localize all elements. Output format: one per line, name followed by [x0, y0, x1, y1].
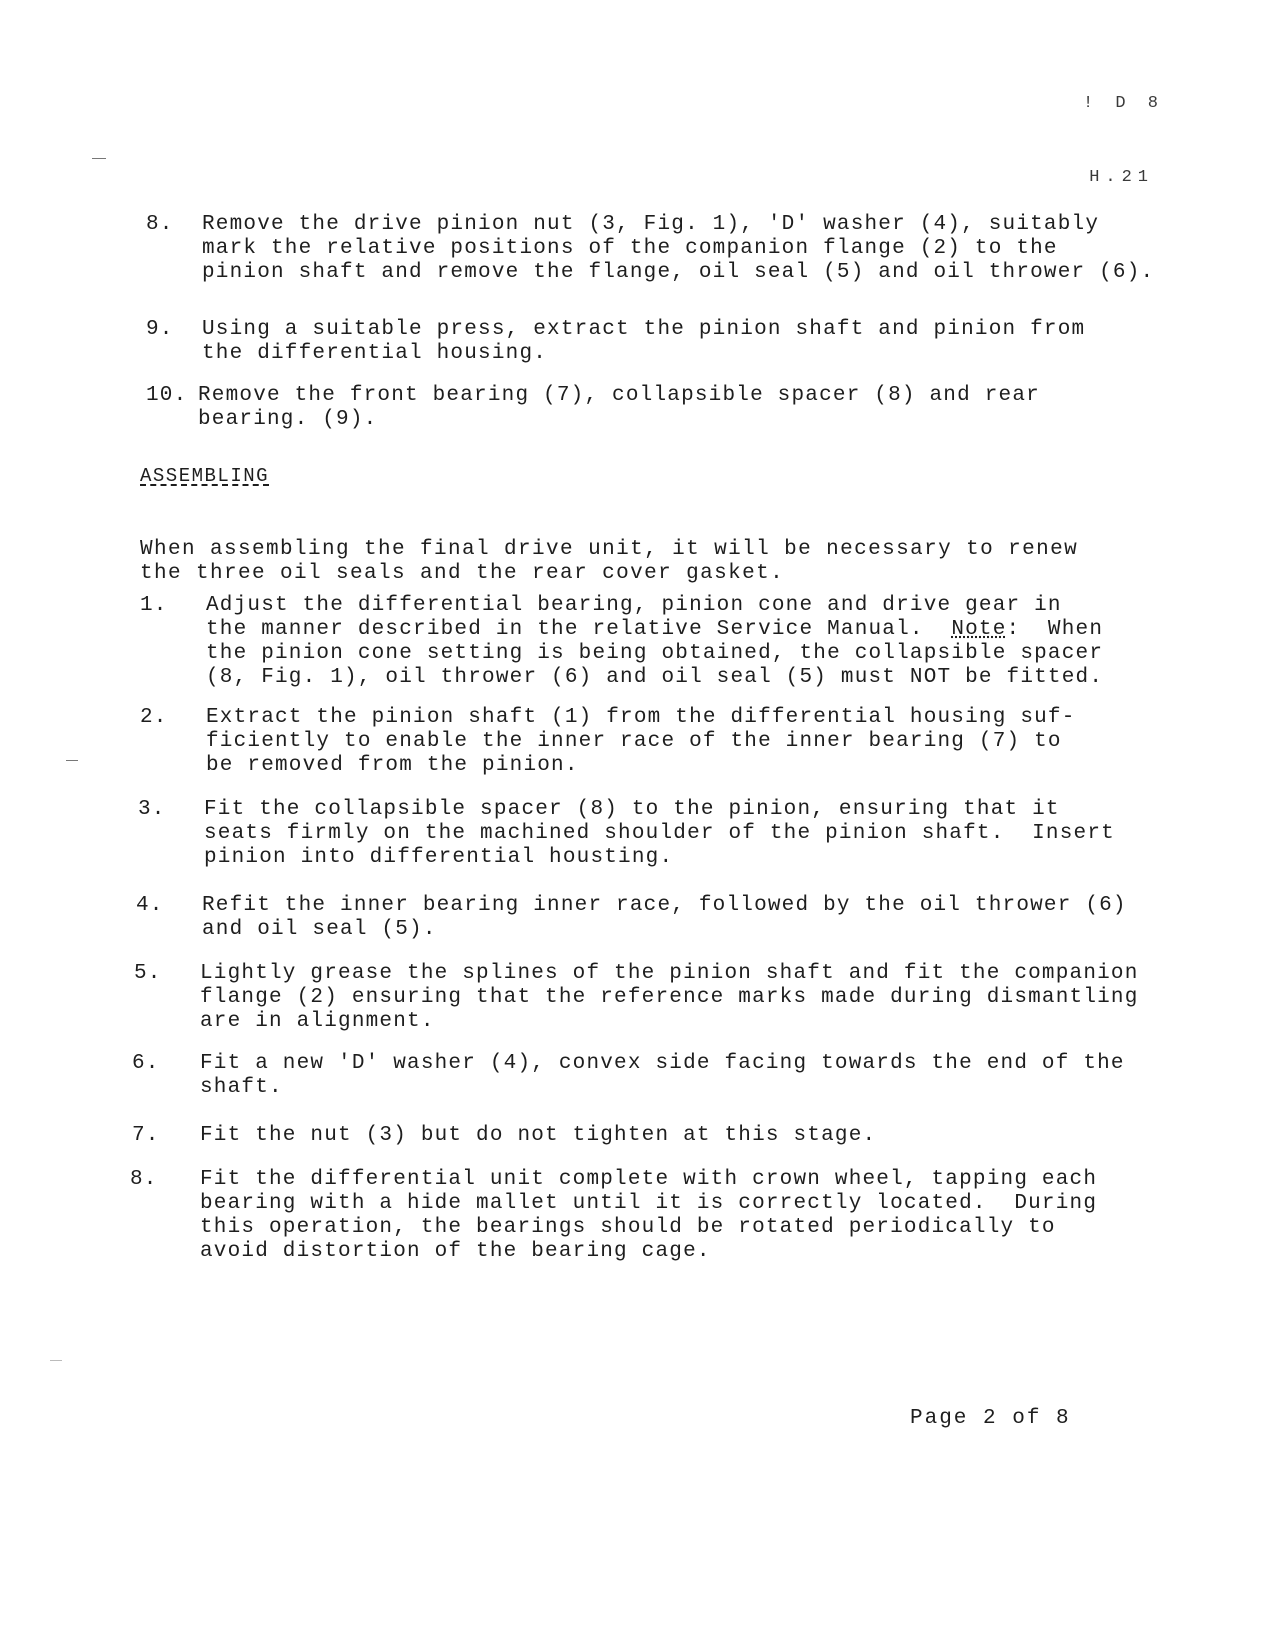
- step-line: pinion into differential housting.: [204, 846, 1115, 870]
- step-number: 5.: [134, 962, 162, 986]
- step-line: ficiently to enable the inner race of th…: [206, 730, 1076, 754]
- step-line: Remove the drive pinion nut (3, Fig. 1),…: [202, 213, 1154, 237]
- step-number: 10.: [146, 384, 187, 408]
- step-number: 8.: [146, 213, 174, 237]
- step-line: Remove the front bearing (7), collapsibl…: [198, 384, 1040, 408]
- step-line: and oil seal (5).: [202, 918, 1127, 942]
- scan-margin-mark: [50, 1360, 62, 1361]
- step-text: Fit the nut (3) but do not tighten at th…: [200, 1124, 876, 1148]
- intro-line: When assembling the final drive unit, it…: [140, 538, 1078, 562]
- header-reference: H.21: [1089, 168, 1154, 187]
- step-line: Adjust the differential bearing, pinion …: [206, 594, 1103, 618]
- step-line: seats firmly on the machined shoulder of…: [204, 822, 1115, 846]
- step-line: Fit the nut (3) but do not tighten at th…: [200, 1124, 876, 1148]
- step-line: bearing with a hide mallet until it is c…: [200, 1192, 1097, 1216]
- step-line: be removed from the pinion.: [206, 754, 1076, 778]
- section-heading-assembling: ASSEMBLING: [140, 465, 269, 487]
- step-line: Using a suitable press, extract the pini…: [202, 318, 1085, 342]
- step-number: 4.: [136, 894, 164, 918]
- step-text: Adjust the differential bearing, pinion …: [206, 594, 1103, 690]
- scan-margin-mark: [92, 158, 106, 159]
- step-text: Fit a new 'D' washer (4), convex side fa…: [200, 1052, 1125, 1100]
- step-text: Extract the pinion shaft (1) from the di…: [206, 706, 1076, 778]
- step-line: Extract the pinion shaft (1) from the di…: [206, 706, 1076, 730]
- note-continuation: : When: [1007, 618, 1104, 641]
- step-line: are in alignment.: [200, 1010, 1139, 1034]
- intro-line: the three oil seals and the rear cover g…: [140, 562, 1078, 586]
- step-line: mark the relative positions of the compa…: [202, 237, 1154, 261]
- step-line: the manner described in the relative Ser…: [206, 618, 1103, 642]
- step-number: 2.: [140, 706, 168, 730]
- step-line: Fit the collapsible spacer (8) to the pi…: [204, 798, 1115, 822]
- step-text: Fit the collapsible spacer (8) to the pi…: [204, 798, 1115, 870]
- step-line: flange (2) ensuring that the reference m…: [200, 986, 1139, 1010]
- header-code: ! D 8: [1083, 94, 1164, 113]
- step-line: this operation, the bearings should be r…: [200, 1216, 1097, 1240]
- step-line: bearing. (9).: [198, 408, 1040, 432]
- step-number: 8.: [130, 1168, 158, 1192]
- note-label: Note: [951, 618, 1006, 641]
- step-text: Remove the drive pinion nut (3, Fig. 1),…: [202, 213, 1154, 285]
- step-text: Refit the inner bearing inner race, foll…: [202, 894, 1127, 942]
- step-number: 6.: [132, 1052, 160, 1076]
- page-number: Page 2 of 8: [910, 1407, 1071, 1430]
- step-number: 1.: [140, 594, 168, 618]
- step-number: 7.: [132, 1124, 160, 1148]
- step-line: the pinion cone setting is being obtaine…: [206, 642, 1103, 666]
- step-line: (8, Fig. 1), oil thrower (6) and oil sea…: [206, 666, 1103, 690]
- step-line: the differential housing.: [202, 342, 1085, 366]
- step-line: Fit the differential unit complete with …: [200, 1168, 1097, 1192]
- document-page: ! D 8 H.21 8. Remove the drive pinion nu…: [0, 0, 1264, 1632]
- step-text: Lightly grease the splines of the pinion…: [200, 962, 1139, 1034]
- step-number: 9.: [146, 318, 174, 342]
- scan-margin-mark: [66, 760, 78, 761]
- step-line: pinion shaft and remove the flange, oil …: [202, 261, 1154, 285]
- step-line-text: the manner described in the relative Ser…: [206, 618, 951, 641]
- step-line: Lightly grease the splines of the pinion…: [200, 962, 1139, 986]
- step-line: Fit a new 'D' washer (4), convex side fa…: [200, 1052, 1125, 1076]
- step-text: Remove the front bearing (7), collapsibl…: [198, 384, 1040, 432]
- assembling-intro: When assembling the final drive unit, it…: [140, 538, 1078, 586]
- step-line: avoid distortion of the bearing cage.: [200, 1240, 1097, 1264]
- step-number: 3.: [138, 798, 166, 822]
- step-text: Fit the differential unit complete with …: [200, 1168, 1097, 1264]
- step-line: Refit the inner bearing inner race, foll…: [202, 894, 1127, 918]
- step-line: shaft.: [200, 1076, 1125, 1100]
- step-text: Using a suitable press, extract the pini…: [202, 318, 1085, 366]
